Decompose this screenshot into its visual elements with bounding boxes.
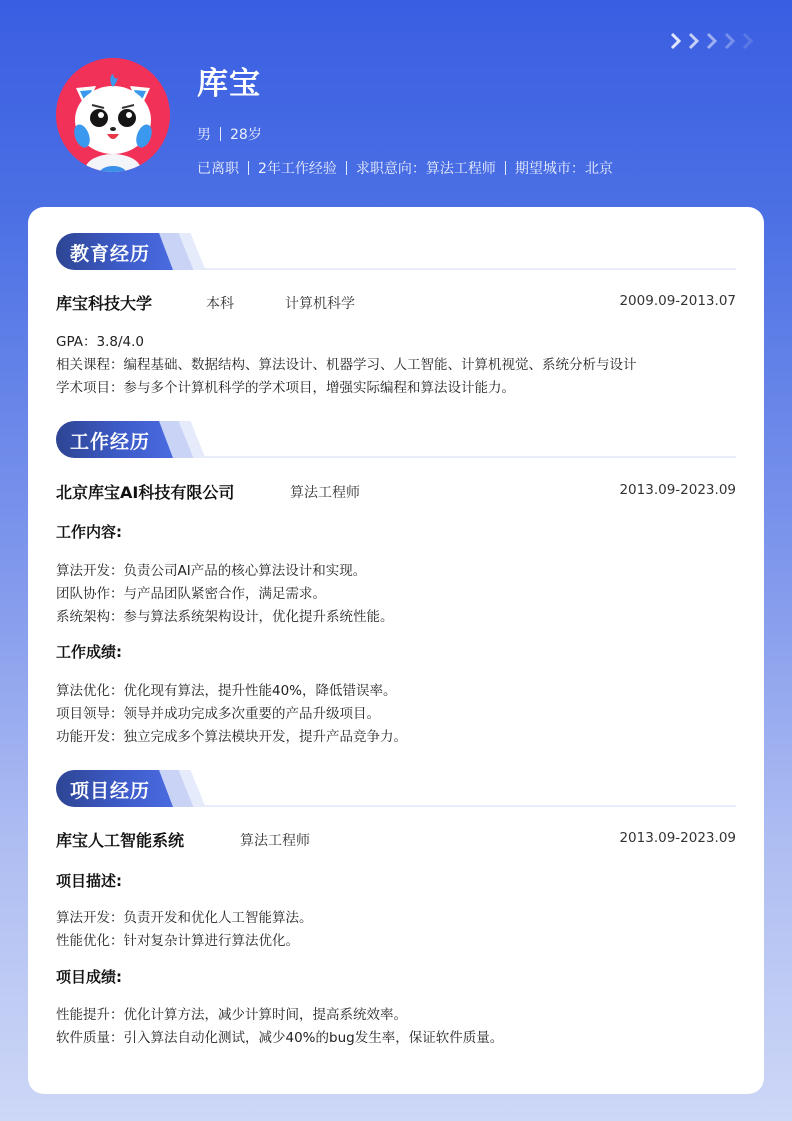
project-name: 库宝人工智能系统 xyxy=(56,828,184,851)
basic-info: 男 28岁 xyxy=(197,124,262,144)
degree: 本科 xyxy=(206,293,234,313)
section-divider xyxy=(156,456,736,458)
work-date: 2013.09-2023.09 xyxy=(619,482,736,498)
work-row: 北京库宝AI科技有限公司 算法工程师 2013.09-2023.09 xyxy=(56,480,736,504)
section-title: 教育经历 xyxy=(70,239,150,266)
job-info: 已离职 2年工作经验 求职意向：算法工程师 期望城市：北京 xyxy=(197,158,613,178)
avatar xyxy=(56,58,170,172)
section-header-work: 工作经历 xyxy=(56,421,736,459)
divider xyxy=(346,161,347,175)
candidate-name: 库宝 xyxy=(197,58,261,103)
work-content-item: 系统架构：参与算法系统架构设计，优化提升系统性能。 xyxy=(56,605,394,625)
divider xyxy=(220,127,221,141)
company-name: 北京库宝AI科技有限公司 xyxy=(56,480,234,503)
academic-projects: 学术项目：参与多个计算机科学的学术项目，增强实际编程和算法设计能力。 xyxy=(56,376,515,396)
job-intent: 求职意向：算法工程师 xyxy=(356,158,496,178)
project-desc-item: 性能优化：针对复杂计算进行算法优化。 xyxy=(56,929,299,949)
section-divider xyxy=(156,268,736,270)
work-achievement-item: 项目领导：领导并成功完成多次重要的产品升级项目。 xyxy=(56,702,380,722)
divider xyxy=(248,161,249,175)
section-title: 工作经历 xyxy=(70,427,150,454)
work-achievement-item: 算法优化：优化现有算法，提升性能40%，降低错误率。 xyxy=(56,679,397,699)
project-achievements-title: 项目成绩: xyxy=(56,966,122,987)
job-role: 算法工程师 xyxy=(290,482,360,502)
employment-status: 已离职 xyxy=(197,158,239,178)
chevrons-right-icon xyxy=(668,31,756,51)
courses: 相关课程：编程基础、数据结构、算法设计、机器学习、人工智能、计算机视觉、系统分析… xyxy=(56,353,637,373)
section-header-project: 项目经历 xyxy=(56,770,736,808)
chevron-right-icon xyxy=(668,31,684,51)
divider xyxy=(505,161,506,175)
work-achievements-title: 工作成绩: xyxy=(56,641,122,662)
work-content-title: 工作内容: xyxy=(56,521,122,542)
work-content-item: 算法开发：负责公司AI产品的核心算法设计和实现。 xyxy=(56,559,366,579)
resume-card: 教育经历 库宝科技大学 本科 计算机科学 2009.09-2013.07 GPA… xyxy=(28,207,764,1094)
work-achievement-item: 功能开发：独立完成多个算法模块开发，提升产品竞争力。 xyxy=(56,725,407,745)
project-desc-item: 算法开发：负责开发和优化人工智能算法。 xyxy=(56,906,313,926)
gender: 男 xyxy=(197,124,211,144)
chevron-right-icon xyxy=(740,31,756,51)
section-header-education: 教育经历 xyxy=(56,233,736,271)
work-content-item: 团队协作：与产品团队紧密合作，满足需求。 xyxy=(56,582,326,602)
section-divider xyxy=(156,805,736,807)
education-date: 2009.09-2013.07 xyxy=(619,293,736,309)
project-achievement-item: 性能提升：优化计算方法，减少计算时间，提高系统效率。 xyxy=(56,1003,407,1023)
project-desc-title: 项目描述: xyxy=(56,870,122,891)
section-title: 项目经历 xyxy=(70,776,150,803)
chevron-right-icon xyxy=(686,31,702,51)
age: 28岁 xyxy=(230,124,262,144)
expected-city: 期望城市：北京 xyxy=(515,158,613,178)
project-row: 库宝人工智能系统 算法工程师 2013.09-2023.09 xyxy=(56,828,736,852)
project-date: 2013.09-2023.09 xyxy=(619,830,736,846)
cat-mascot-avatar-icon xyxy=(56,58,170,172)
work-experience: 2年工作经验 xyxy=(258,158,337,178)
chevron-right-icon xyxy=(722,31,738,51)
project-achievement-item: 软件质量：引入算法自动化测试，减少40%的bug发生率，保证软件质量。 xyxy=(56,1026,503,1046)
major: 计算机科学 xyxy=(285,293,355,313)
chevron-right-icon xyxy=(704,31,720,51)
project-role: 算法工程师 xyxy=(240,830,310,850)
school-name: 库宝科技大学 xyxy=(56,291,152,314)
gpa: GPA：3.8/4.0 xyxy=(56,330,144,350)
education-row: 库宝科技大学 本科 计算机科学 2009.09-2013.07 xyxy=(56,291,736,315)
